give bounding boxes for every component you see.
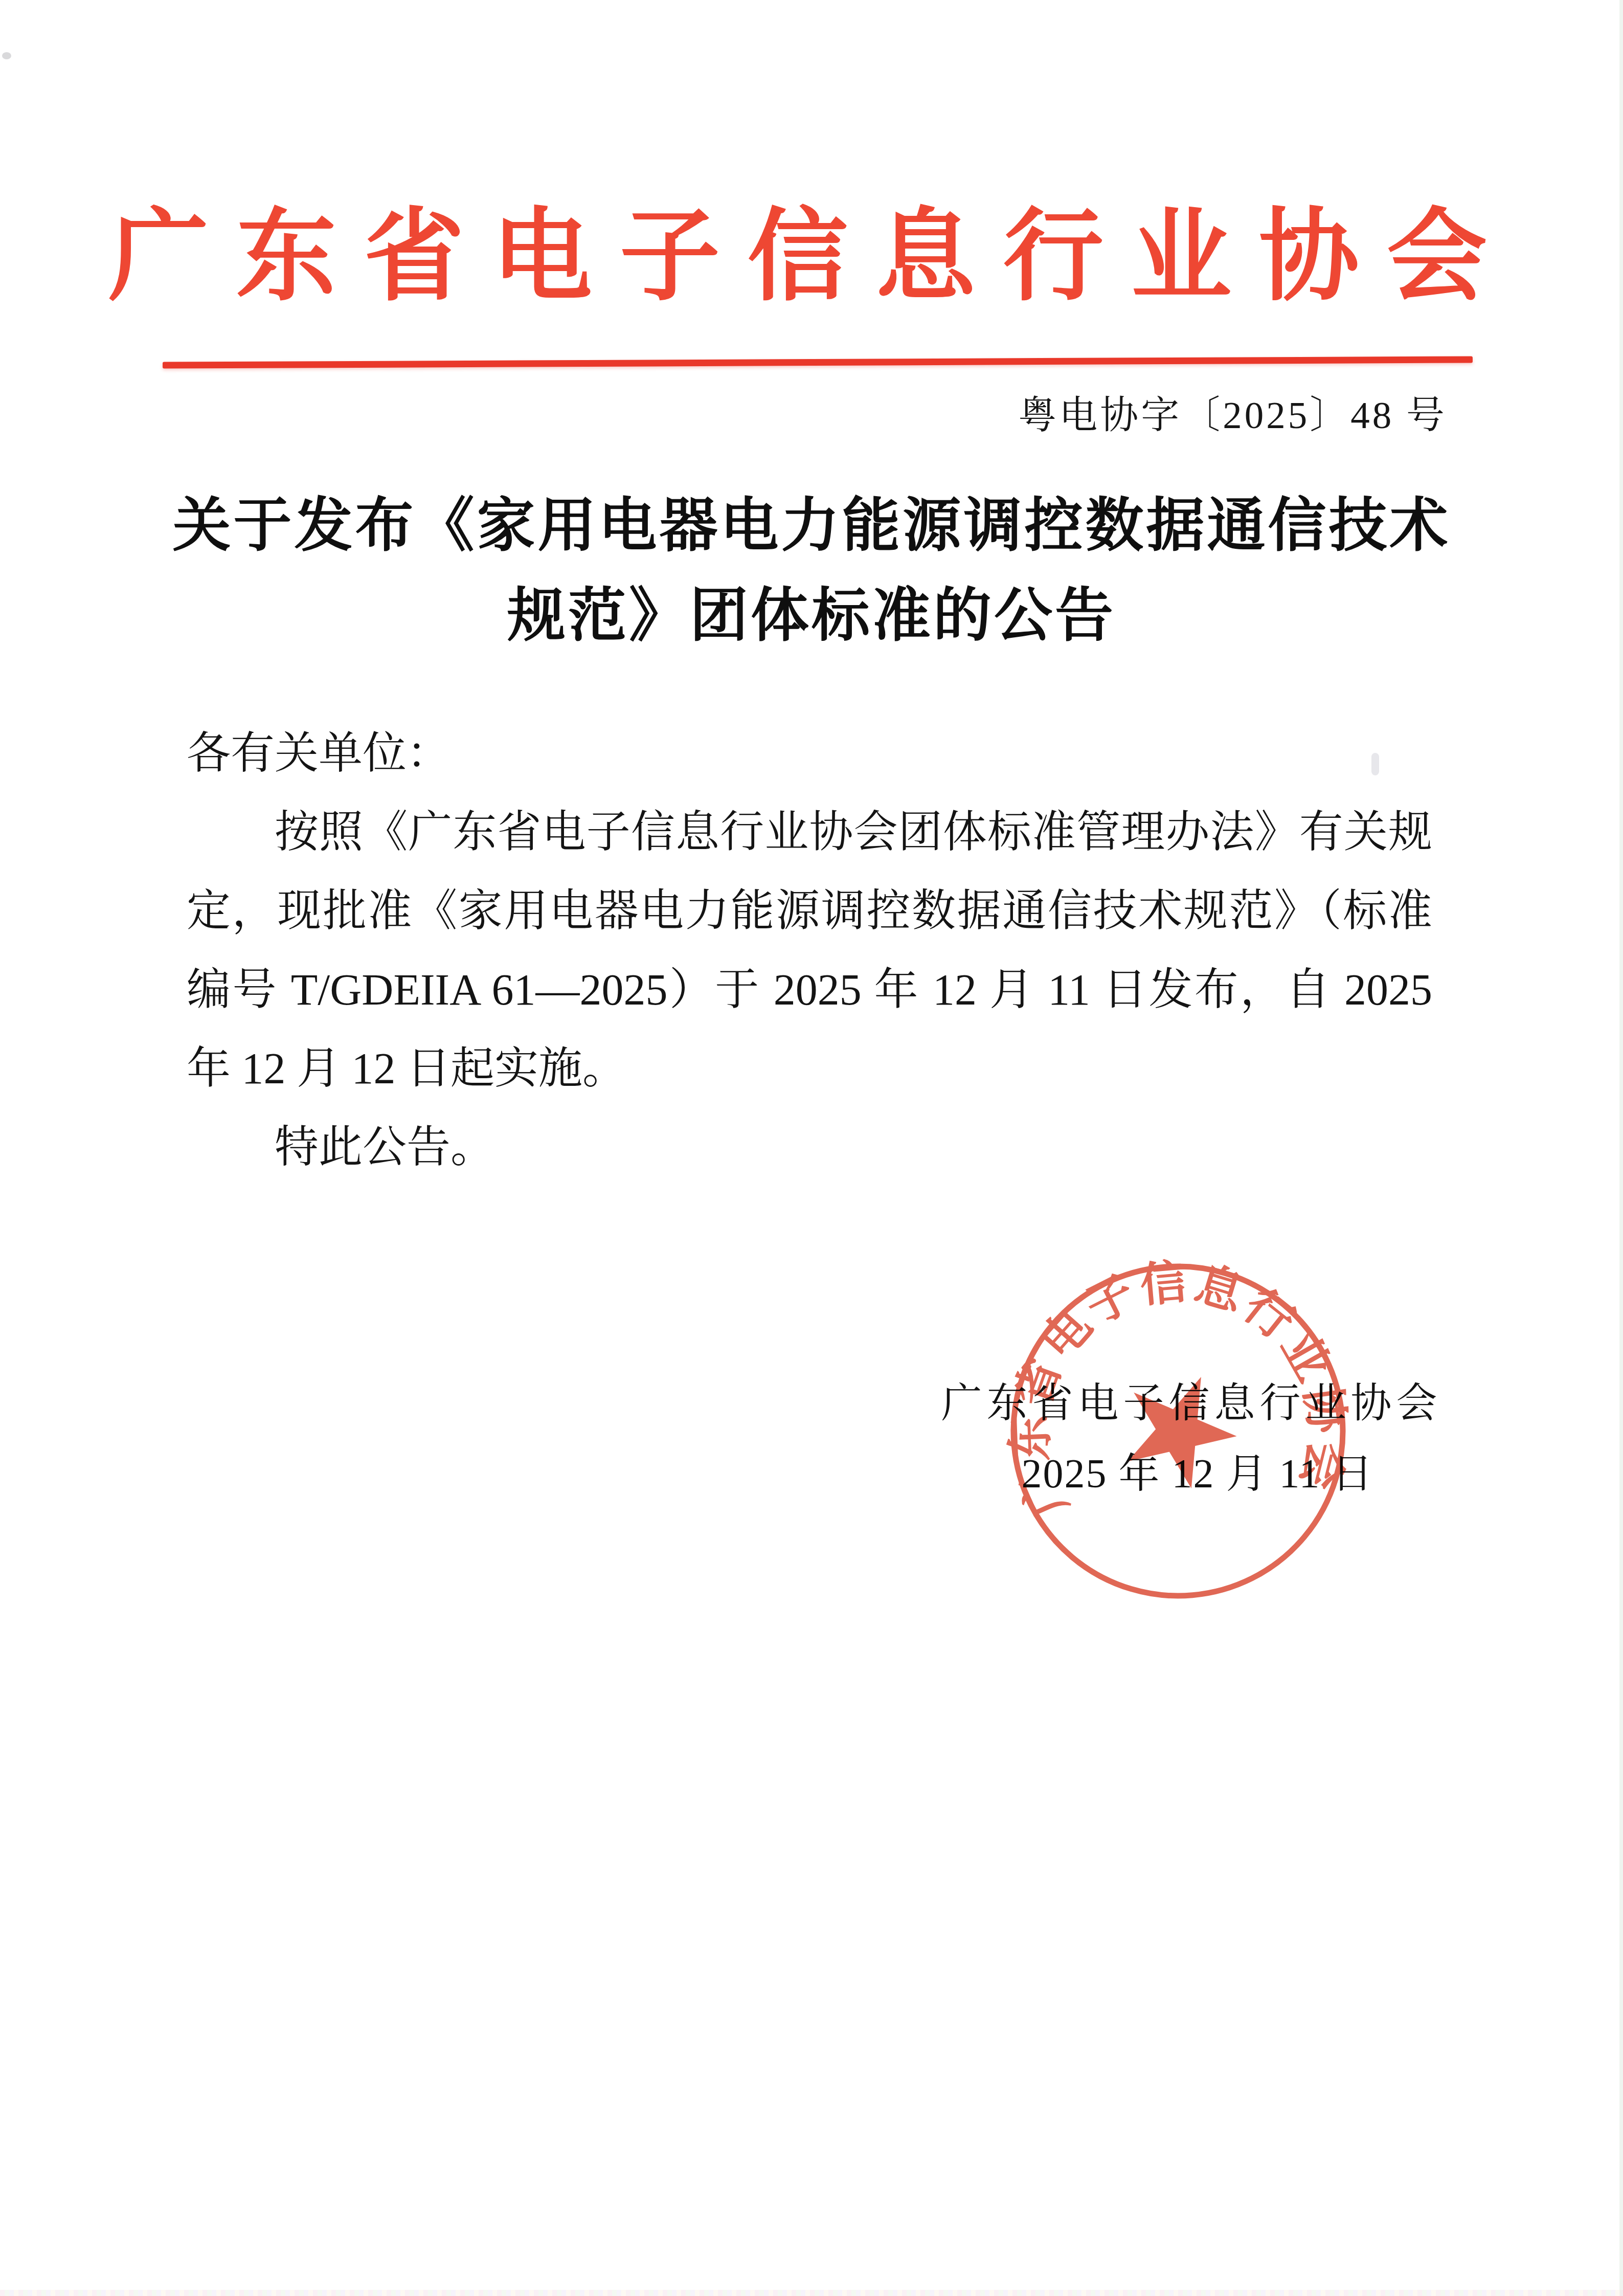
closing-remark: 特此公告。 — [187, 1108, 1432, 1187]
scan-speck — [2, 52, 11, 59]
announcement-title-line1: 关于发布《家用电器电力能源调控数据通信技术 — [0, 481, 1623, 571]
salutation-line: 各有关单位： — [187, 714, 1432, 793]
announcement-title: 关于发布《家用电器电力能源调控数据通信技术 规范》团体标准的公告 — [0, 481, 1623, 661]
announcement-title-line2: 规范》团体标准的公告 — [0, 571, 1623, 661]
doc-number: 粤电协字〔2025〕48 号 — [1018, 392, 1447, 440]
body-line: 编号 T/GDEIIA 61—2025）于 2025 年 12 月 11 日发布… — [187, 950, 1432, 1029]
official-seal-stamp: 广东省电子信息行业协会 — [988, 1241, 1367, 1620]
header-divider-rule — [163, 356, 1473, 368]
body-line: 年 12 月 12 日起实施。 — [187, 1029, 1432, 1108]
body-line: 按照《广东省电子信息行业协会团体标准管理办法》有关规 — [187, 793, 1432, 872]
seal-arc-text: 广东省电子信息行业协会 — [989, 1242, 1360, 1526]
star-icon — [1126, 1371, 1242, 1492]
org-name-header: 广东省电子信息行业协会 — [14, 199, 1609, 315]
body-line: 定，现批准《家用电器电力能源调控数据通信技术规范》（标准 — [187, 872, 1432, 950]
body-text: 各有关单位： 按照《广东省电子信息行业协会团体标准管理办法》有关规 定，现批准《… — [187, 714, 1432, 1187]
scan-edge-shadow — [1619, 0, 1623, 2296]
scan-noise-band — [0, 2290, 1623, 2296]
document-page: 广东省电子信息行业协会 粤电协字〔2025〕48 号 关于发布《家用电器电力能源… — [0, 0, 1623, 2296]
